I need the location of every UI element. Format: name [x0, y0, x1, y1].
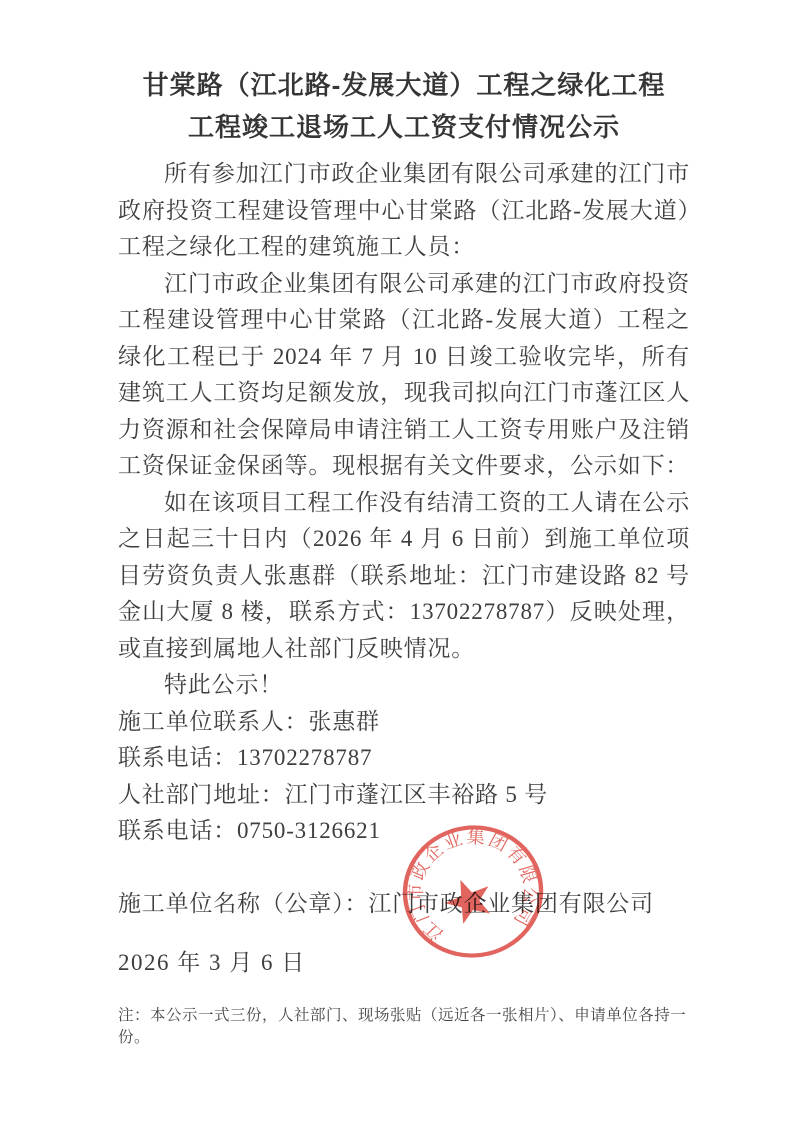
hr-department-phone-line: 联系电话：0750-3126621: [118, 813, 690, 850]
notice-date: 2026 年 3 月 6 日: [118, 945, 690, 982]
contact-person-line: 施工单位联系人：张惠群: [118, 704, 690, 741]
notice-title-line1: 甘棠路（江北路-发展大道）工程之绿化工程: [118, 64, 690, 106]
contact-phone-line: 联系电话：13702278787: [118, 740, 690, 777]
hr-department-address-line: 人社部门地址：江门市蓬江区丰裕路 5 号: [118, 777, 690, 814]
paragraph-addressees: 所有参加江门市政企业集团有限公司承建的江门市政府投资工程建设管理中心甘棠路（江北…: [118, 156, 690, 266]
paragraph-claim-instructions: 如在该项目工程工作没有结清工资的工人请在公示之日起三十日内（2026 年 4 月…: [118, 485, 690, 668]
paragraph-project-status: 江门市政企业集团有限公司承建的江门市政府投资工程建设管理中心甘棠路（江北路-发展…: [118, 266, 690, 485]
notice-content: 甘棠路（江北路-发展大道）工程之绿化工程 工程竣工退场工人工资支付情况公示 所有…: [0, 0, 800, 1049]
notice-page: 甘棠路（江北路-发展大道）工程之绿化工程 工程竣工退场工人工资支付情况公示 所有…: [0, 0, 800, 1131]
construction-unit-signature-line: 施工单位名称（公章）：江门市政企业集团有限公司: [118, 886, 690, 923]
notice-title: 甘棠路（江北路-发展大道）工程之绿化工程 工程竣工退场工人工资支付情况公示: [118, 64, 690, 148]
distribution-footnote: 注：本公示一式三份，人社部门、现场张贴（远近各一张相片）、申请单位各持一份。: [118, 1005, 690, 1049]
closing-statement: 特此公示！: [118, 667, 690, 704]
notice-title-line2: 工程竣工退场工人工资支付情况公示: [118, 106, 690, 148]
